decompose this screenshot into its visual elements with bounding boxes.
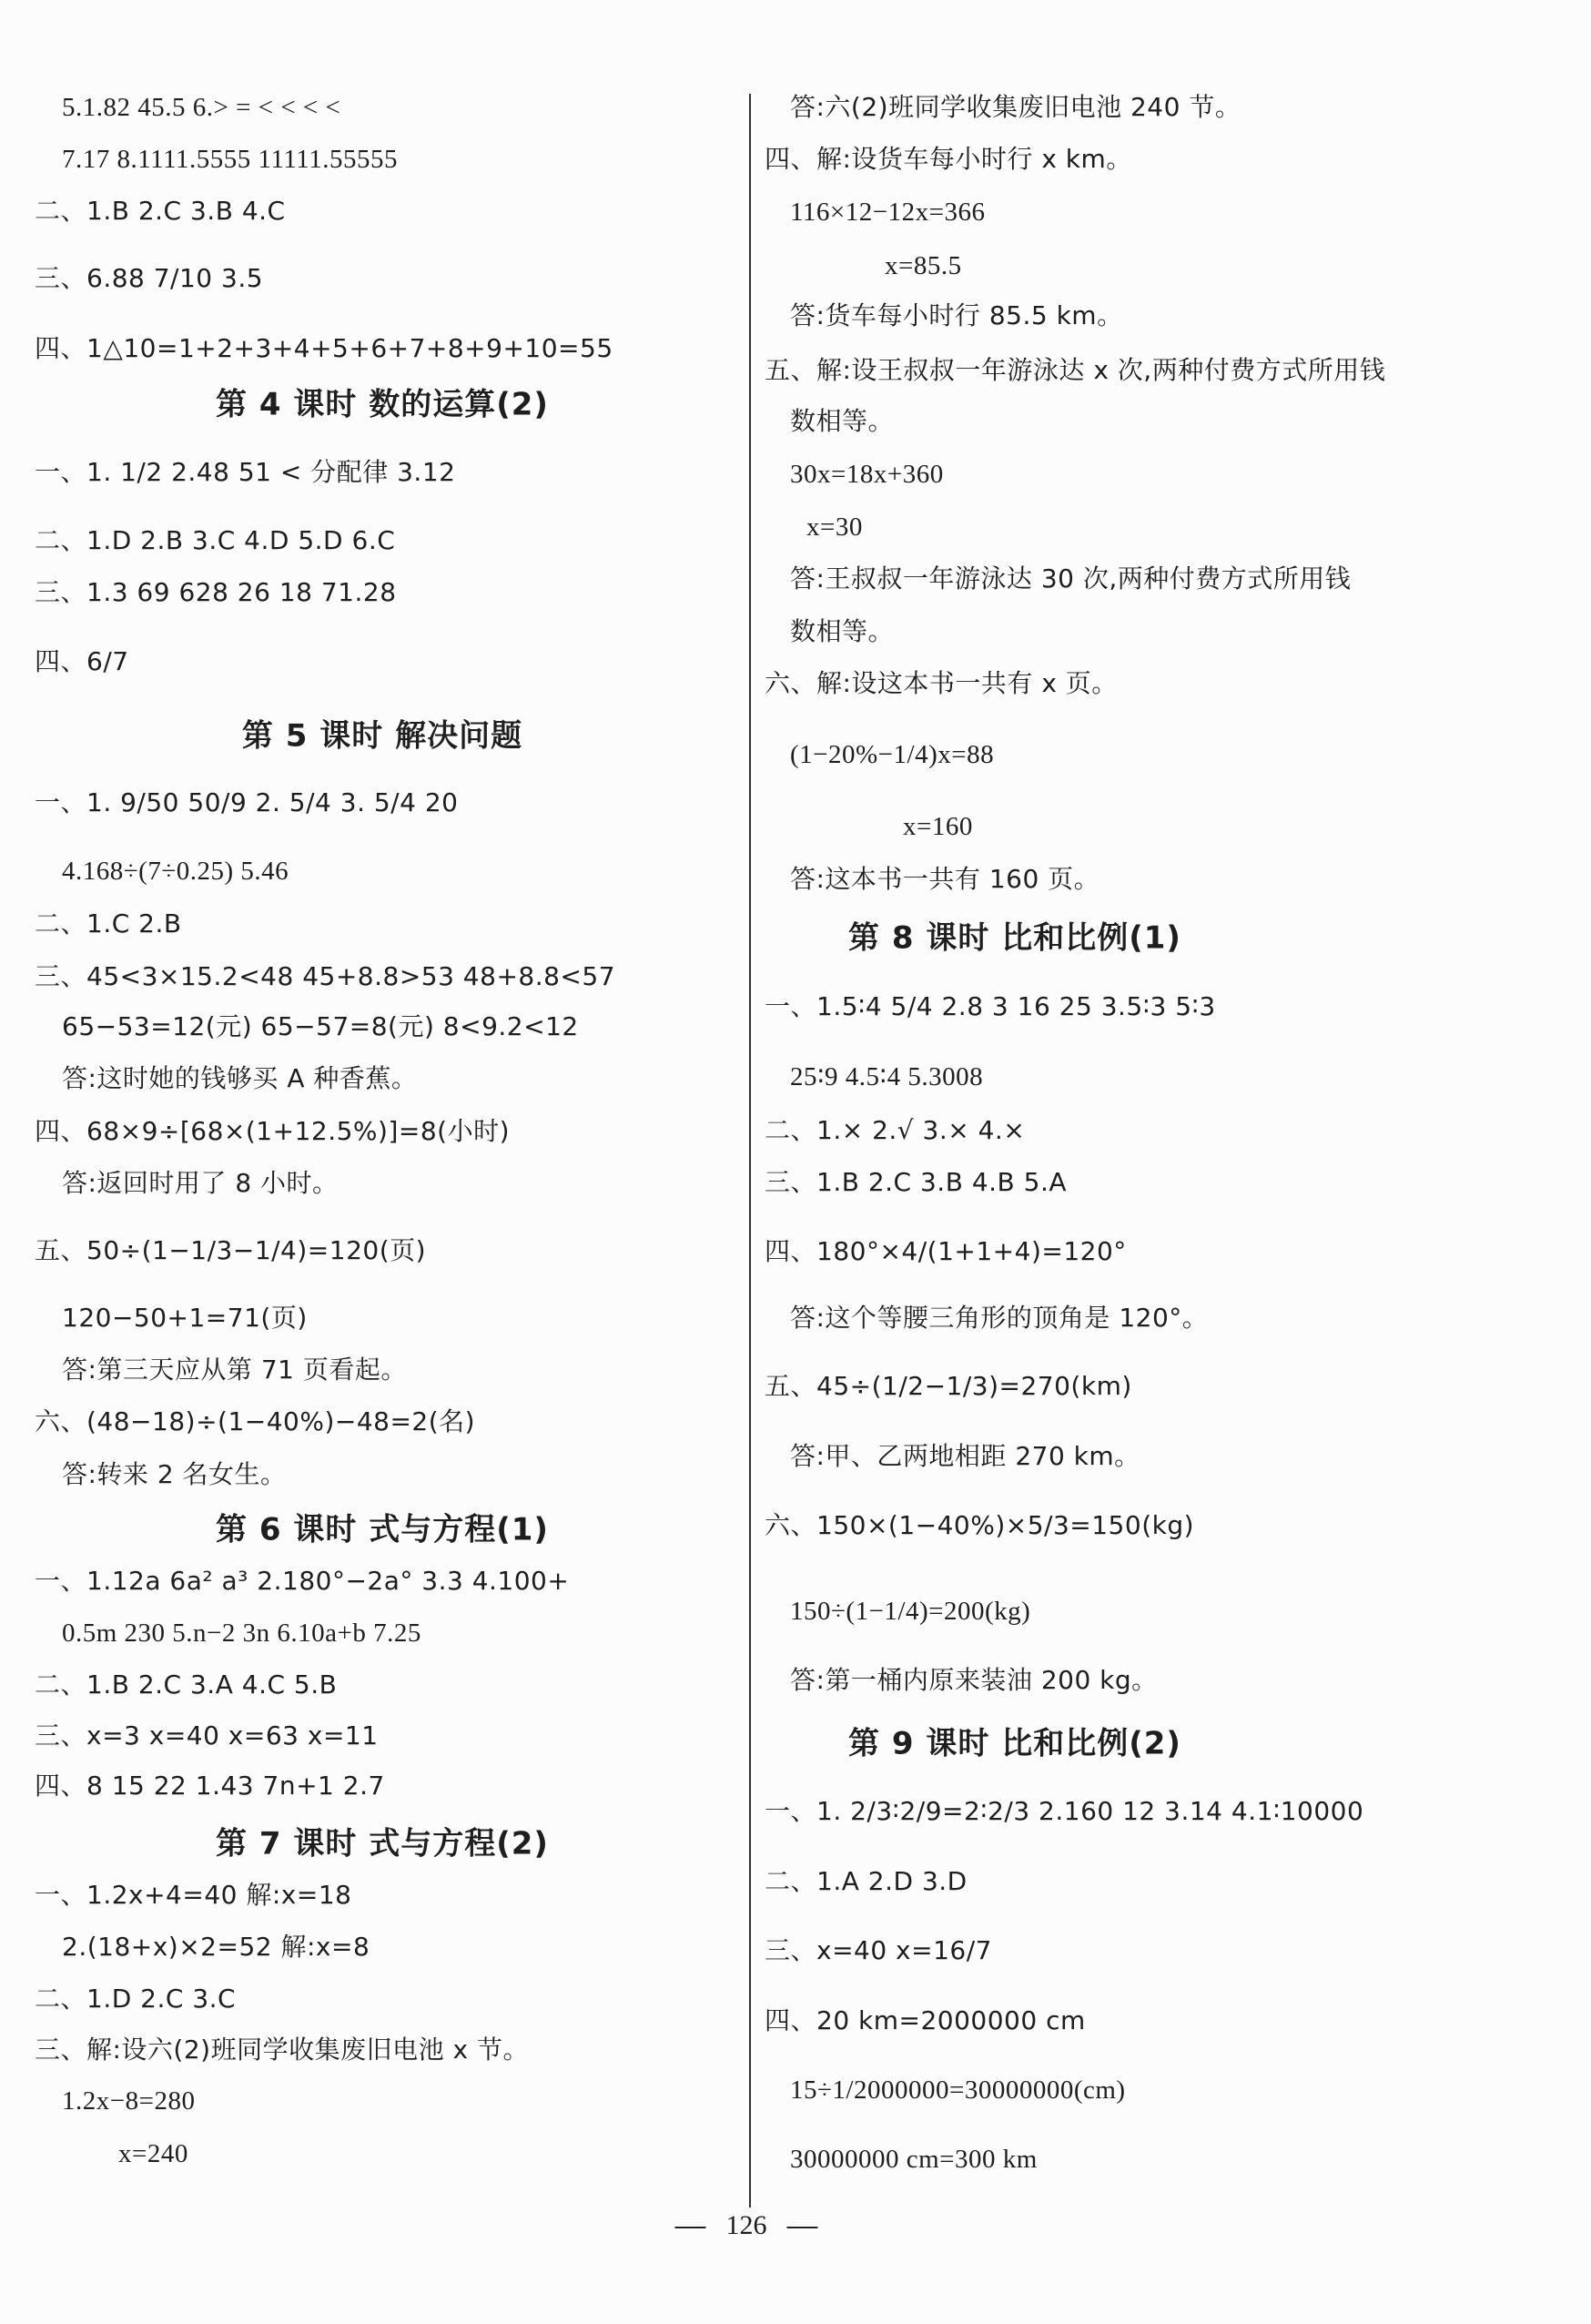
- answer-line: 五、解:设王叔叔一年游泳达 x 次,两种付费方式所用钱: [765, 352, 1385, 389]
- answer-line: 30x=18x+360: [790, 456, 944, 492]
- lesson-heading: 第 6 课时 式与方程(1): [216, 1505, 549, 1549]
- answer-line: 30000000 cm=300 km: [790, 2141, 1038, 2177]
- answer-line: 三、1.3 69 628 26 18 71.28: [35, 574, 397, 611]
- answer-line: 答:六(2)班同学收集废旧电池 240 节。: [790, 89, 1241, 126]
- answer-line: 二、1.B 2.C 3.A 4.C 5.B: [35, 1667, 337, 1703]
- answer-line: 1.2x−8=280: [62, 2083, 195, 2119]
- answer-line: 15÷1/2000000=30000000(cm): [790, 2072, 1126, 2108]
- answer-line: x=30: [806, 509, 863, 545]
- answer-line: 答:货车每小时行 85.5 km。: [790, 298, 1123, 334]
- answer-line: 四、8 15 22 1.43 7n+1 2.7: [35, 1768, 385, 1804]
- answer-line: 答:转来 2 名女生。: [62, 1456, 287, 1493]
- answer-line: x=85.5: [885, 248, 962, 284]
- answer-line: 六、(48−18)÷(1−40%)−48=2(名): [35, 1404, 475, 1440]
- lesson-heading: 第 9 课时 比和比例(2): [848, 1719, 1181, 1763]
- answer-line: 三、x=3 x=40 x=63 x=11: [35, 1718, 379, 1754]
- answer-line: x=160: [903, 808, 973, 845]
- lesson-heading: 第 7 课时 式与方程(2): [216, 1819, 549, 1863]
- answer-line: 一、1.12a 6a² a³ 2.180°−2a° 3.3 4.100+: [35, 1563, 569, 1599]
- answer-line: 4.168÷(7÷0.25) 5.46: [62, 853, 289, 889]
- answer-line: 答:王叔叔一年游泳达 30 次,两种付费方式所用钱: [790, 561, 1351, 597]
- answer-line: 三、6.88 7/10 3.5: [35, 260, 263, 297]
- answer-line: 二、1.B 2.C 3.B 4.C: [35, 193, 286, 229]
- answer-line: 四、解:设货车每小时行 x km。: [765, 141, 1132, 178]
- answer-line: 120−50+1=71(页): [62, 1300, 308, 1336]
- answer-line: 四、1△10=1+2+3+4+5+6+7+8+9+10=55: [35, 330, 613, 367]
- answer-line: 2.(18+x)×2=52 解:x=8: [62, 1929, 370, 1965]
- lesson-heading: 第 4 课时 数的运算(2): [216, 380, 549, 424]
- answer-line: 数相等。: [790, 614, 894, 650]
- answer-line: x=240: [118, 2136, 188, 2172]
- answer-line: 答:第一桶内原来装油 200 kg。: [790, 1662, 1158, 1699]
- answer-line: 25∶9 4.5∶4 5.3008: [790, 1059, 983, 1095]
- answer-line: 二、1.A 2.D 3.D: [765, 1863, 968, 1900]
- column-divider: [749, 94, 751, 2207]
- answer-line: 四、6/7: [35, 644, 129, 680]
- dash-right: [787, 2227, 818, 2228]
- answer-line: 二、1.D 2.B 3.C 4.D 5.D 6.C: [35, 523, 395, 559]
- answer-line: 150÷(1−1/4)=200(kg): [790, 1593, 1030, 1629]
- answer-line: 一、1. 9/50 50/9 2. 5/4 3. 5/4 20: [35, 785, 458, 821]
- answer-line: 三、解:设六(2)班同学收集废旧电池 x 节。: [35, 2032, 529, 2068]
- answer-line: 二、1.× 2.√ 3.× 4.×: [765, 1112, 1025, 1149]
- answer-line: 一、1. 1/2 2.48 51 < 分配律 3.12: [35, 454, 455, 491]
- answer-line: 116×12−12x=366: [790, 194, 986, 230]
- answer-line: 三、1.B 2.C 3.B 4.B 5.A: [765, 1164, 1067, 1201]
- answer-line: 六、150×(1−40%)×5/3=150(kg): [765, 1507, 1194, 1544]
- answer-line: 四、180°×4/(1+1+4)=120°: [765, 1233, 1127, 1270]
- lesson-heading: 第 5 课时 解决问题: [242, 711, 522, 756]
- answer-line: 五、50÷(1−1/3−1/4)=120(页): [35, 1233, 426, 1269]
- answer-line: 答:甲、乙两地相距 270 km。: [790, 1438, 1140, 1475]
- lesson-heading: 第 8 课时 比和比例(1): [848, 913, 1181, 958]
- answer-line: 答:这本书一共有 160 页。: [790, 861, 1100, 898]
- answer-line: 三、45<3×15.2<48 45+8.8>53 48+8.8<57: [35, 959, 615, 995]
- answer-line: 7.17 8.1111.5555 11111.55555: [62, 141, 398, 178]
- answer-line: 答:第三天应从第 71 页看起。: [62, 1352, 407, 1388]
- answer-line: 5.1.82 45.5 6.> = < < < <: [62, 89, 340, 126]
- answer-line: 一、1. 2/3∶2/9=2∶2/3 2.160 12 3.14 4.1∶100…: [765, 1793, 1363, 1830]
- answer-line: 答:这个等腰三角形的顶角是 120°。: [790, 1300, 1208, 1336]
- answer-line: 二、1.D 2.C 3.C: [35, 1981, 236, 2017]
- answer-line: 三、x=40 x=16/7: [765, 1933, 992, 1969]
- answer-line: 一、1.5∶4 5/4 2.8 3 16 25 3.5∶3 5∶3: [765, 989, 1216, 1025]
- dash-left: [675, 2227, 706, 2228]
- answer-line: 四、20 km=2000000 cm: [765, 2003, 1086, 2039]
- answer-key-page: 5.1.82 45.5 6.> = < < < <7.17 8.1111.555…: [0, 0, 1591, 2324]
- answer-line: (1−20%−1/4)x=88: [790, 736, 994, 773]
- answer-line: 答:返回时用了 8 小时。: [62, 1165, 339, 1202]
- answer-line: 二、1.C 2.B: [35, 906, 182, 942]
- answer-line: 五、45÷(1/2−1/3)=270(km): [765, 1368, 1132, 1405]
- answer-line: 四、68×9÷[68×(1+12.5%)]=8(小时): [35, 1113, 510, 1150]
- page-number-text: 126: [726, 2210, 767, 2240]
- page-number: 126: [655, 2210, 838, 2241]
- answer-line: 0.5m 230 5.n−2 3n 6.10a+b 7.25: [62, 1615, 421, 1651]
- answer-line: 六、解:设这本书一共有 x 页。: [765, 665, 1118, 702]
- answer-line: 数相等。: [790, 403, 894, 440]
- answer-line: 答:这时她的钱够买 A 种香蕉。: [62, 1061, 417, 1097]
- answer-line: 65−53=12(元) 65−57=8(元) 8<9.2<12: [62, 1009, 579, 1045]
- answer-line: 一、1.2x+4=40 解:x=18: [35, 1877, 351, 1913]
